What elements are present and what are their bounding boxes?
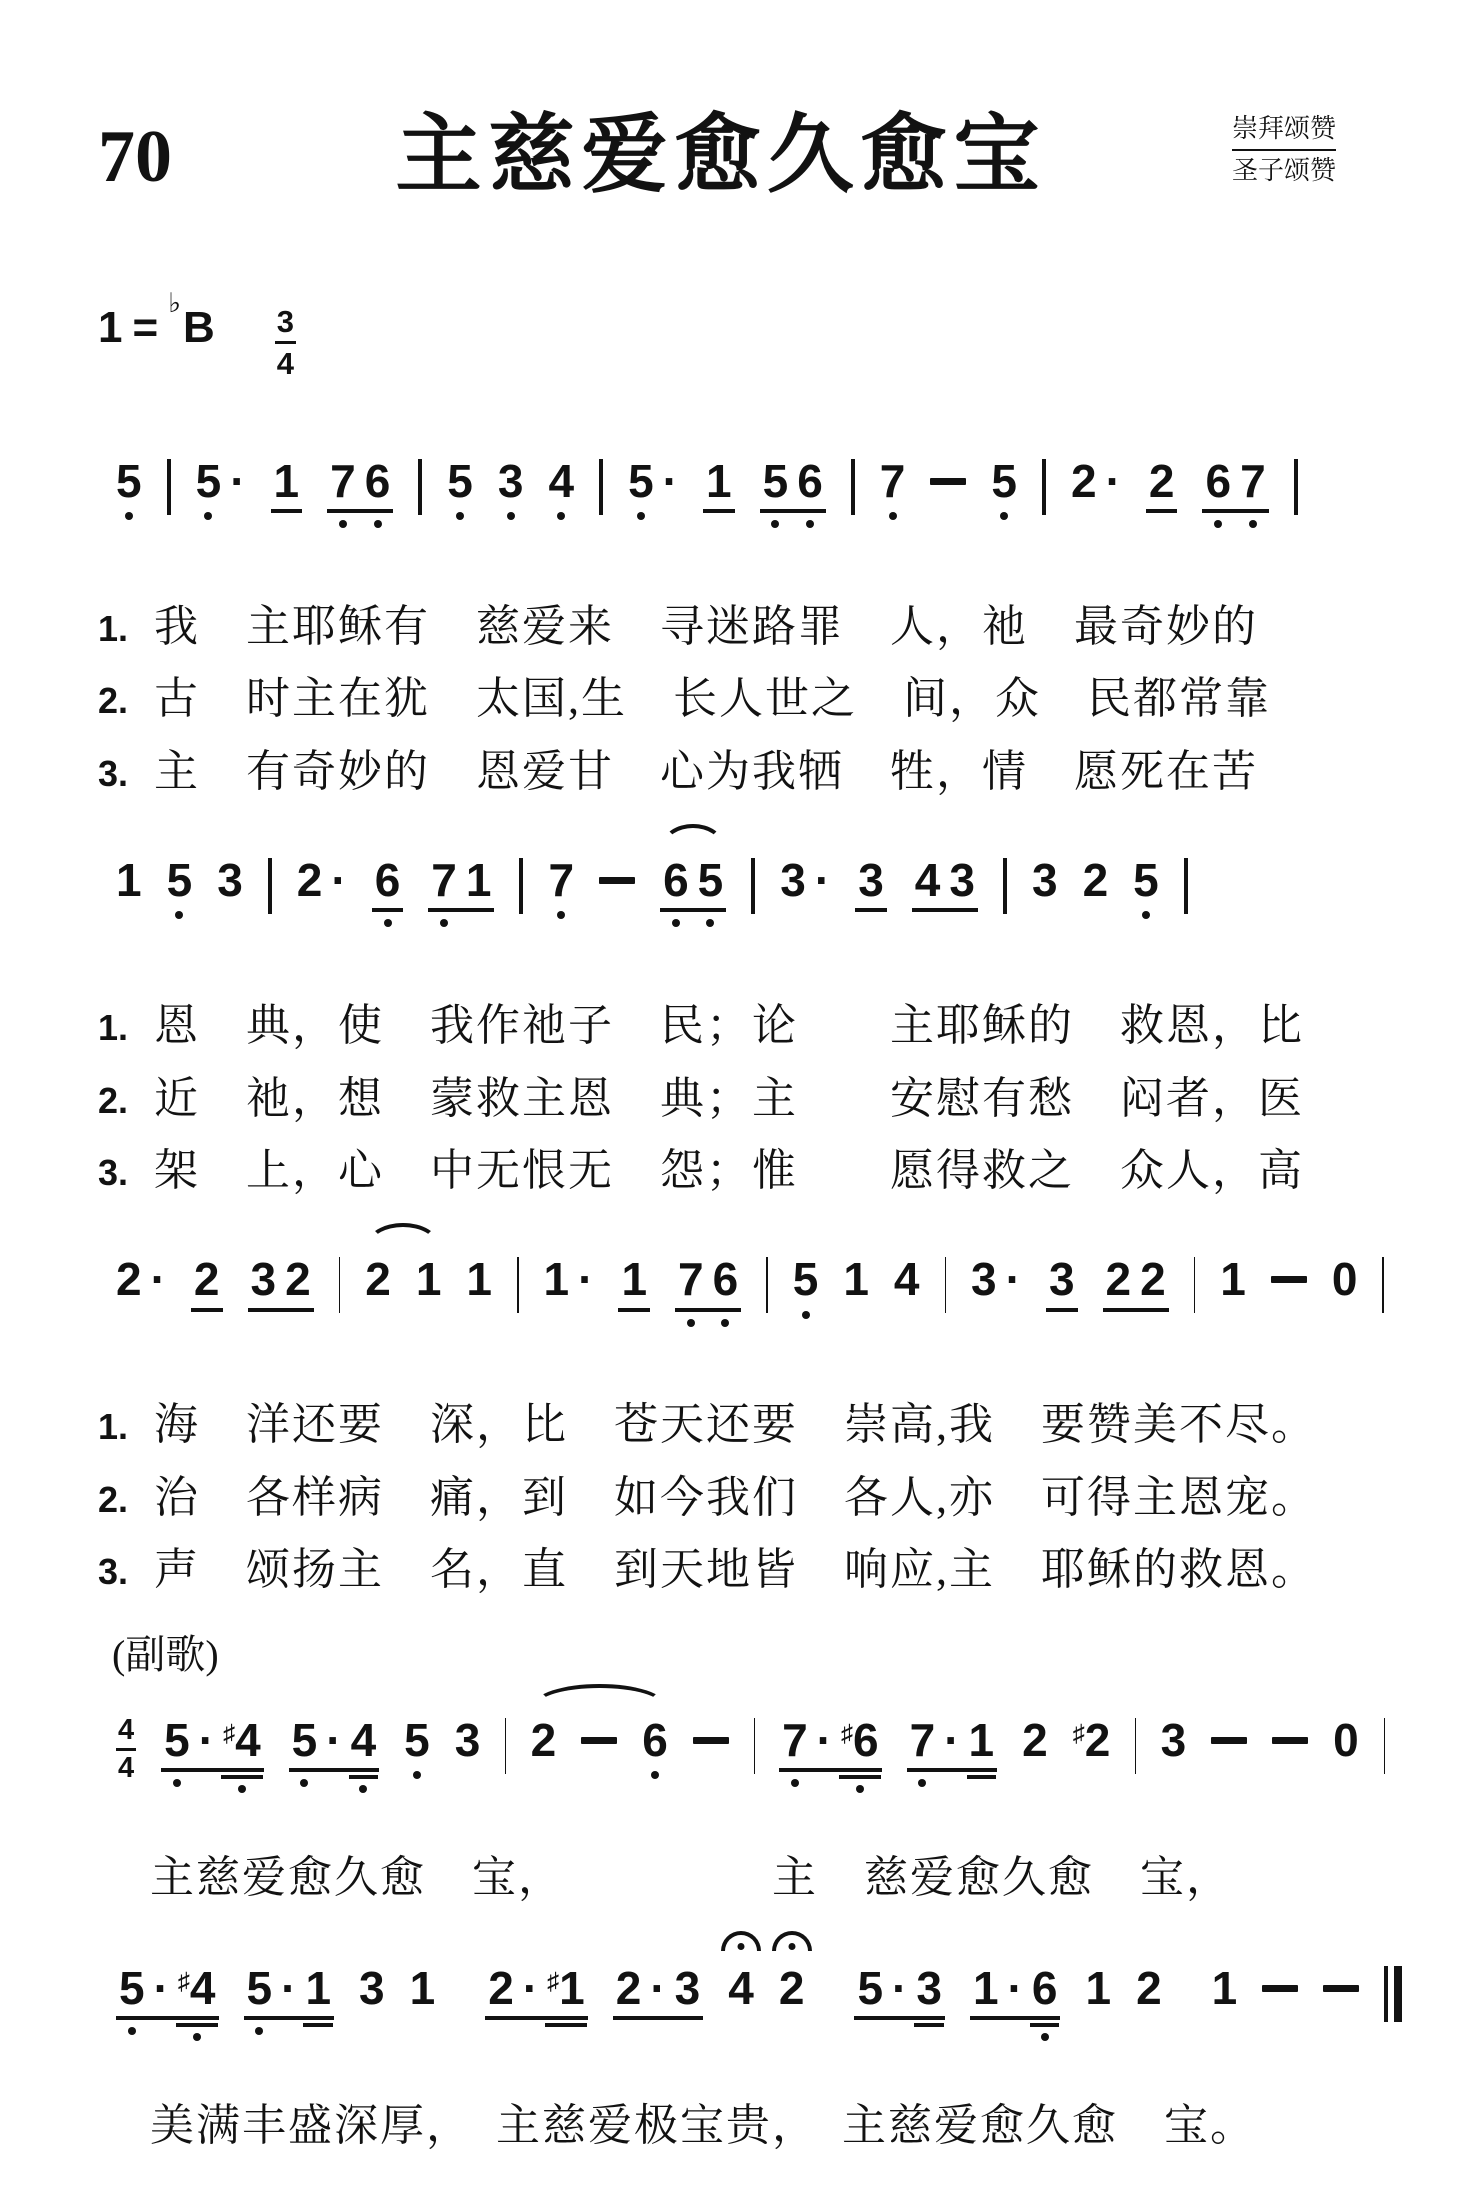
augmentation-dot: · (815, 856, 830, 904)
notation-line-3: 2·2322111·1765143·32210 (98, 1219, 1384, 1377)
note: 3 (949, 856, 975, 904)
note: 1 (410, 1964, 436, 2012)
note: 2 (194, 1255, 220, 1303)
note-group: 3· (780, 856, 830, 904)
note: ♯1 (547, 1964, 585, 2012)
augmentation-dot: · (154, 1964, 169, 2012)
note: 2 (365, 1255, 391, 1303)
note: ♯4 (223, 1716, 261, 1764)
beam-group: 71 (428, 856, 494, 912)
barline (851, 459, 855, 515)
note: 6 (663, 856, 689, 904)
note: 5 (167, 856, 193, 904)
beam-group: 1 (271, 457, 303, 513)
chorus-label: (副歌) (112, 1623, 1384, 1680)
note: 7 (330, 457, 356, 505)
beam-group: 5·4 (289, 1716, 380, 1772)
note-group: 1 (416, 1255, 442, 1303)
page-title: 主慈爱愈久愈宝 (258, 112, 1184, 198)
barline (1384, 1966, 1388, 2022)
note: 3 (217, 856, 243, 904)
note: 5 (196, 457, 222, 505)
verse-number: 2. (98, 1080, 154, 1122)
category-bottom-label: 圣子颂赞 (1184, 151, 1384, 186)
note: 3 (498, 457, 524, 505)
chorus-lyric-1: 主慈爱愈久愈 宝， 主 慈爱愈久愈 宝， (150, 1854, 1384, 1902)
note: 2 (1140, 1255, 1166, 1303)
note: 1 (1220, 1255, 1246, 1303)
beam-group: 1 (703, 457, 735, 513)
category-top-label: 崇拜颂赞 (1232, 114, 1336, 151)
barline (1294, 459, 1298, 515)
chorus-lyric-2: 美满丰盛深厚， 主慈爱极宝贵， 主慈爱愈久愈 宝。 (150, 2102, 1384, 2150)
note: 5 (698, 856, 724, 904)
notation-line-2: 1532·6717653·343325 (98, 820, 1384, 978)
note-group: 5 (447, 457, 473, 505)
note-group (1272, 1716, 1308, 1744)
note: 6 (642, 1716, 668, 1764)
augmentation-dot: · (151, 1255, 166, 1303)
verse-text: 海 洋还要 深，比 苍天还要 崇高,我 要赞美不尽。 (154, 1401, 1317, 1449)
note: ♯6 (841, 1716, 879, 1764)
note: 1 (1212, 1964, 1238, 2012)
notation-line-1: 55·1765345·156752·267 (98, 421, 1384, 579)
verse-number: 1. (98, 1406, 154, 1448)
note-group: 5 (793, 1255, 819, 1303)
verse-row: 1. 我 主耶稣有 慈爱来 寻迷路罪 人，祂 最奇妙的 (98, 603, 1384, 651)
sharp-icon: ♯ (1073, 1720, 1085, 1747)
barline (1003, 858, 1007, 914)
verse-text: 主 有奇妙的 恩爱甘 心为我牺 牲，情 愿死在苦 (154, 748, 1258, 796)
note: 3 (251, 1255, 277, 1303)
note: 2 (1083, 856, 1109, 904)
beam-group: 3 (1046, 1255, 1078, 1311)
beam-group: 67 (1202, 457, 1268, 513)
verse-text: 近 祂，想 蒙救主恩 典；主 安慰有愁 闷者，医 (154, 1075, 1304, 1123)
note-group: ♯2 (1073, 1716, 1111, 1764)
note-group: 2 (1083, 856, 1109, 904)
note-group (581, 1716, 617, 1764)
verse-row: 2. 近 祂，想 蒙救主恩 典；主 安慰有愁 闷者，医 (98, 1075, 1384, 1123)
note: 2 (1106, 1255, 1132, 1303)
note-group: 4 (728, 1964, 754, 2012)
beam-group: 2 (191, 1255, 223, 1311)
barline (1042, 459, 1046, 515)
verse-number: 1. (98, 1007, 154, 1049)
sharp-icon: ♯ (547, 1968, 559, 1995)
barline (766, 1257, 768, 1313)
augmentation-dot: · (281, 1964, 296, 2012)
dash-note (1272, 1737, 1308, 1744)
note: 5 (404, 1716, 430, 1764)
beam-group: 5·♯4 (116, 1964, 219, 2020)
beam-group: 5·♯4 (161, 1716, 264, 1772)
note: 3 (971, 1255, 997, 1303)
note: 1 (1085, 1964, 1111, 2012)
note-group: 1 (1212, 1964, 1238, 2012)
notation-line-chorus-2: 5·♯45·1312·♯12·3425·31·6121 (98, 1928, 1384, 2086)
meter-top: 3 (275, 306, 296, 344)
verse-text: 我 主耶稣有 慈爱来 寻迷路罪 人，祂 最奇妙的 (154, 603, 1258, 651)
beam-group: 22 (1103, 1255, 1169, 1311)
note-group: 7 (880, 457, 906, 505)
note: 7 (910, 1716, 936, 1764)
note-group (599, 856, 635, 884)
note: 2 (1136, 1964, 1162, 2012)
note: 7 (1240, 457, 1266, 505)
note: 7 (678, 1255, 704, 1303)
verse-row: 1. 海 洋还要 深，比 苍天还要 崇高,我 要赞美不尽。 (98, 1401, 1384, 1449)
dash-note (1211, 1737, 1247, 1744)
augmentation-dot: · (199, 1716, 214, 1764)
note: 1 (544, 1255, 570, 1303)
time-signature-bottom: 4 (118, 1751, 134, 1783)
note: 3 (916, 1964, 942, 2012)
note-group: 2· (1071, 457, 1121, 505)
beam-group: 1 (618, 1255, 650, 1311)
note-group: 0 (1332, 1255, 1358, 1303)
dash-note (599, 877, 635, 884)
beam-group: 6 (372, 856, 404, 912)
note-group (1262, 1964, 1298, 1992)
note-group: 1 (1085, 1964, 1111, 2012)
verse-row: 3. 声 颂扬主 名，直 到天地皆 响应,主 耶稣的救恩。 (98, 1546, 1384, 1594)
barline (519, 858, 523, 914)
augmentation-dot: · (578, 1255, 593, 1303)
note: 1 (416, 1255, 442, 1303)
note: 5 (1133, 856, 1159, 904)
note-group: 3 (1161, 1716, 1187, 1764)
notation-line-chorus-1: 445·♯45·453267·♯67·12♯230 (98, 1680, 1384, 1838)
verse-row: 2. 治 各样病 痛，到 如今我们 各人,亦 可得主恩宠。 (98, 1474, 1384, 1522)
note: 7 (880, 457, 906, 505)
verse-block-1: 1. 我 主耶稣有 慈爱来 寻迷路罪 人，祂 最奇妙的 2. 古 时主在犹 太国… (98, 603, 1384, 796)
note-group: 3 (455, 1716, 481, 1764)
dash-note (1271, 1276, 1307, 1283)
note: 3 (675, 1964, 701, 2012)
time-signature: 44 (116, 1716, 136, 1783)
note: 3 (858, 856, 884, 904)
verse-row: 2. 古 时主在犹 太国,生 长人世之 间，众 民都常靠 (98, 675, 1384, 723)
verse-number: 2. (98, 680, 154, 722)
note-group: 0 (1333, 1716, 1359, 1764)
note: 1 (843, 1255, 869, 1303)
note: 3 (455, 1716, 481, 1764)
barline (517, 1257, 519, 1313)
note-group: 2· (116, 1255, 166, 1303)
verse-text: 架 上，心 中无恨无 怨；惟 愿得救之 众人，高 (154, 1147, 1304, 1195)
dash-note (1262, 1985, 1298, 1992)
note-group: 3 (359, 1964, 385, 2012)
note-group: 1 (843, 1255, 869, 1303)
note: 3 (359, 1964, 385, 2012)
sharp-icon: ♯ (178, 1968, 190, 1995)
verse-number: 2. (98, 1479, 154, 1521)
note: 5 (991, 457, 1017, 505)
dash-note (930, 478, 966, 485)
note: 1 (305, 1964, 331, 2012)
augmentation-dot: · (1006, 1255, 1021, 1303)
note-group (1323, 1964, 1359, 1992)
time-signature-top: 4 (116, 1716, 136, 1751)
note-group: 1 (466, 1255, 492, 1303)
key-letter: B (183, 306, 215, 350)
note: 6 (365, 457, 391, 505)
note: 3 (780, 856, 806, 904)
verse-number: 3. (98, 1152, 154, 1194)
note: ♯2 (1073, 1716, 1111, 1764)
note-with-fermata-icon: 2 (779, 1964, 805, 2012)
note-group (1271, 1255, 1307, 1283)
barline (1194, 1257, 1196, 1313)
note-group: 5· (628, 457, 678, 505)
note: 5 (119, 1964, 145, 2012)
meter-signature: 3 4 (275, 306, 296, 379)
note: 1 (973, 1964, 999, 2012)
note: 5 (164, 1716, 190, 1764)
note: 6 (713, 1255, 739, 1303)
note: 3 (1049, 1255, 1075, 1303)
beam-group: 5·1 (244, 1964, 335, 2020)
note: 1 (466, 1255, 492, 1303)
note: ♯4 (178, 1964, 216, 2012)
flat-icon: ♭ (168, 290, 181, 317)
beam-group: 5·3 (854, 1964, 945, 2020)
barline (1382, 1257, 1384, 1313)
beam-group: 43 (912, 856, 978, 912)
augmentation-dot: · (817, 1716, 832, 1764)
verse-row: 3. 架 上，心 中无恨无 怨；惟 愿得救之 众人，高 (98, 1147, 1384, 1195)
note: 4 (548, 457, 574, 505)
beam-group: 76 (675, 1255, 741, 1311)
dash-note (693, 1737, 729, 1744)
note-group: 5 (167, 856, 193, 904)
note: 0 (1332, 1255, 1358, 1303)
beam-group: 7·1 (907, 1716, 998, 1772)
key-do: 1 (98, 306, 122, 350)
augmentation-dot: · (650, 1964, 665, 2012)
augmentation-dot: · (1106, 457, 1121, 505)
note: 4 (894, 1255, 920, 1303)
key-equals: = (132, 306, 158, 350)
augmentation-dot: · (331, 856, 346, 904)
note: 7 (431, 856, 457, 904)
beam-group: 56 (760, 457, 826, 513)
note-group: 5 (991, 457, 1017, 505)
barline (339, 1257, 341, 1313)
note: 1 (466, 856, 492, 904)
beam-group: 2 (1146, 457, 1178, 513)
note: 6 (1205, 457, 1231, 505)
note: 6 (797, 457, 823, 505)
sharp-icon: ♯ (841, 1720, 853, 1747)
note: 5 (116, 457, 142, 505)
note: 6 (375, 856, 401, 904)
hymn-sheet-page: 70 主慈爱愈久愈宝 崇拜颂赞 圣子颂赞 1 = ♭ B 3 4 55·1765… (0, 0, 1476, 2150)
barline (1394, 1966, 1402, 2022)
beam-group: 76 (327, 457, 393, 513)
dash-note (1323, 1985, 1359, 1992)
note-group (1211, 1716, 1247, 1744)
note-group: 3 (498, 457, 524, 505)
sharp-icon: ♯ (223, 1720, 235, 1747)
note: 5 (793, 1255, 819, 1303)
note-group: 2 (531, 1716, 557, 1764)
note: 2 (116, 1255, 142, 1303)
beam-group: 65 (660, 856, 726, 912)
augmentation-dot: · (523, 1964, 538, 2012)
note-group: 3 (217, 856, 243, 904)
note: 0 (1333, 1716, 1359, 1764)
note-group: 4 (894, 1255, 920, 1303)
note-group: 2 (779, 1964, 805, 2012)
note-group: 1 (410, 1964, 436, 2012)
note: 2 (531, 1716, 557, 1764)
beam-group: 32 (248, 1255, 314, 1311)
note: 5 (447, 457, 473, 505)
verse-block-2: 1. 恩 典，使 我作祂子 民；论 主耶稣的 救恩，比 2. 近 祂，想 蒙救主… (98, 1002, 1384, 1195)
note: 7 (782, 1716, 808, 1764)
augmentation-dot: · (663, 457, 678, 505)
augmentation-dot: · (1008, 1964, 1023, 2012)
note-group: 7 (548, 856, 574, 904)
beam-group: 1·6 (970, 1964, 1061, 2020)
note-group: 5 (404, 1716, 430, 1764)
verse-text: 古 时主在犹 太国,生 长人世之 间，众 民都常靠 (154, 675, 1271, 723)
note: 6 (1032, 1964, 1058, 2012)
slur-group: 26 (531, 1716, 668, 1764)
note-group: 3 (1032, 856, 1058, 904)
final-barline (1384, 1966, 1402, 2022)
note: 1 (116, 856, 142, 904)
augmentation-dot: · (230, 457, 245, 505)
note: 2 (488, 1964, 514, 2012)
note: 1 (969, 1716, 995, 1764)
key-signature: 1 = ♭ B 3 4 (98, 306, 1384, 379)
note-group (930, 457, 966, 485)
barline (418, 459, 422, 515)
verse-block-3: 1. 海 洋还要 深，比 苍天还要 崇高,我 要赞美不尽。 2. 治 各样病 痛… (98, 1401, 1384, 1594)
barline (945, 1257, 947, 1313)
category-labels: 崇拜颂赞 圣子颂赞 (1184, 114, 1384, 186)
beam-group: 7·♯6 (779, 1716, 882, 1772)
beam-group: 2·♯1 (485, 1964, 588, 2020)
note: 5 (247, 1964, 273, 2012)
note: 3 (1161, 1716, 1187, 1764)
note-group: 1 (1220, 1255, 1246, 1303)
note-group: 5· (196, 457, 246, 505)
slur-group: 21 (365, 1255, 441, 1303)
note: 4 (915, 856, 941, 904)
verse-number: 1. (98, 608, 154, 650)
meter-bottom: 4 (277, 344, 294, 379)
note: 2 (297, 856, 323, 904)
note-group: 2 (365, 1255, 391, 1303)
note: 2 (1149, 457, 1175, 505)
note-group: 2 (1022, 1716, 1048, 1764)
slur-group: 65 (660, 856, 726, 912)
note: 3 (1032, 856, 1058, 904)
header: 70 主慈爱愈久愈宝 崇拜颂赞 圣子颂赞 (98, 112, 1384, 198)
note-group: 5 (116, 457, 142, 505)
hymn-number: 70 (98, 112, 258, 194)
note: 1 (706, 457, 732, 505)
augmentation-dot: · (892, 1964, 907, 2012)
verse-row: 1. 恩 典，使 我作祂子 民；论 主耶稣的 救恩，比 (98, 1002, 1384, 1050)
note-with-fermata-icon: 4 (728, 1964, 754, 2012)
barline (167, 459, 171, 515)
augmentation-dot: · (326, 1716, 341, 1764)
note: 2 (1022, 1716, 1048, 1764)
barline (751, 858, 755, 914)
note-group: 5 (1133, 856, 1159, 904)
note-group (693, 1716, 729, 1744)
note-group: 1· (544, 1255, 594, 1303)
note: 2 (285, 1255, 311, 1303)
note: 2 (1071, 457, 1097, 505)
augmentation-dot: · (944, 1716, 959, 1764)
note: 5 (292, 1716, 318, 1764)
note: 5 (628, 457, 654, 505)
note: 7 (548, 856, 574, 904)
note-group: 6 (642, 1716, 668, 1764)
note: 1 (274, 457, 300, 505)
note: 5 (857, 1964, 883, 2012)
verse-row: 3. 主 有奇妙的 恩爱甘 心为我牺 牲，情 愿死在苦 (98, 748, 1384, 796)
barline (268, 858, 272, 914)
verse-text: 恩 典，使 我作祂子 民；论 主耶稣的 救恩，比 (154, 1002, 1304, 1050)
note: 1 (621, 1255, 647, 1303)
note: 5 (763, 457, 789, 505)
note-group: 1 (116, 856, 142, 904)
note-group: 4 (548, 457, 574, 505)
note: 2 (616, 1964, 642, 2012)
verse-number: 3. (98, 1551, 154, 1593)
note-group: 3· (971, 1255, 1021, 1303)
verse-number: 3. (98, 753, 154, 795)
note: 4 (351, 1716, 377, 1764)
beam-group: 3 (855, 856, 887, 912)
barline (1184, 858, 1188, 914)
verse-text: 治 各样病 痛，到 如今我们 各人,亦 可得主恩宠。 (154, 1474, 1317, 1522)
dash-note (581, 1737, 617, 1744)
note-group: 2· (297, 856, 347, 904)
barline (599, 459, 603, 515)
verse-text: 声 颂扬主 名，直 到天地皆 响应,主 耶稣的救恩。 (154, 1546, 1317, 1594)
beam-group: 2·3 (613, 1964, 704, 2020)
note-group: 2 (1136, 1964, 1162, 2012)
